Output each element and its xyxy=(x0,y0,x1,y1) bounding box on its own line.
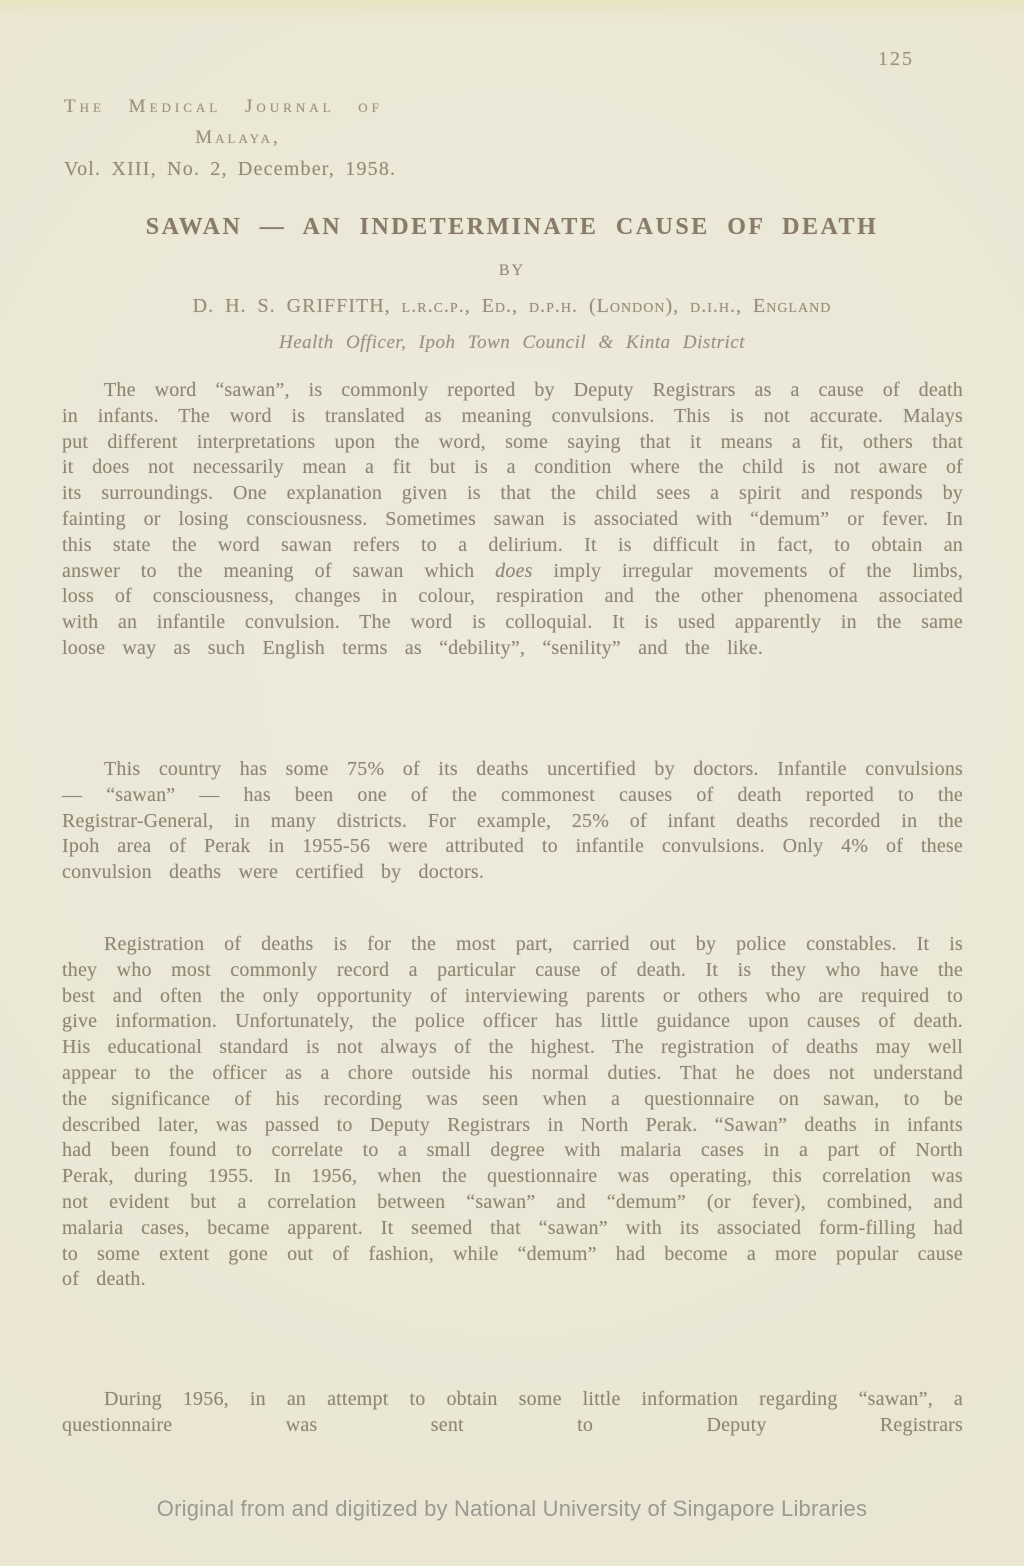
byline-by-label: BY xyxy=(0,262,1024,280)
digitization-credit: Original from and digitized by National … xyxy=(0,1496,1024,1522)
author-affiliation: Health Officer, Ipoh Town Council & Kint… xyxy=(0,332,1024,354)
scanned-journal-page: 125 The Medical Journal of Malaya, Vol. … xyxy=(0,0,1024,1566)
article-title: SAWAN — AN INDETERMINATE CAUSE OF DEATH xyxy=(0,214,1024,241)
page-number: 125 xyxy=(878,48,914,71)
journal-title-line1: The Medical Journal of xyxy=(64,96,456,118)
journal-title-line2: Malaya, xyxy=(64,127,412,149)
volume-issue-date: Vol. XIII, No. 2, December, 1958. xyxy=(64,158,456,181)
paragraph-1-italic-word: does xyxy=(495,560,532,582)
paragraph-3: Registration of deaths is for the most p… xyxy=(62,932,963,1293)
paragraph-2: This country has some 75% of its deaths … xyxy=(62,757,963,886)
paragraph-1-text-start: The word “sawan”, is commonly reported b… xyxy=(62,379,963,582)
article-heading-block: SAWAN — AN INDETERMINATE CAUSE OF DEATH … xyxy=(0,214,1024,354)
author-name-credentials: D. H. S. GRIFFITH, l.r.c.p., Ed., d.p.h.… xyxy=(0,295,1024,318)
paragraph-1: The word “sawan”, is commonly reported b… xyxy=(62,378,963,662)
paragraph-4: During 1956, in an attempt to obtain som… xyxy=(62,1387,963,1439)
journal-masthead: The Medical Journal of Malaya, Vol. XIII… xyxy=(64,96,456,181)
